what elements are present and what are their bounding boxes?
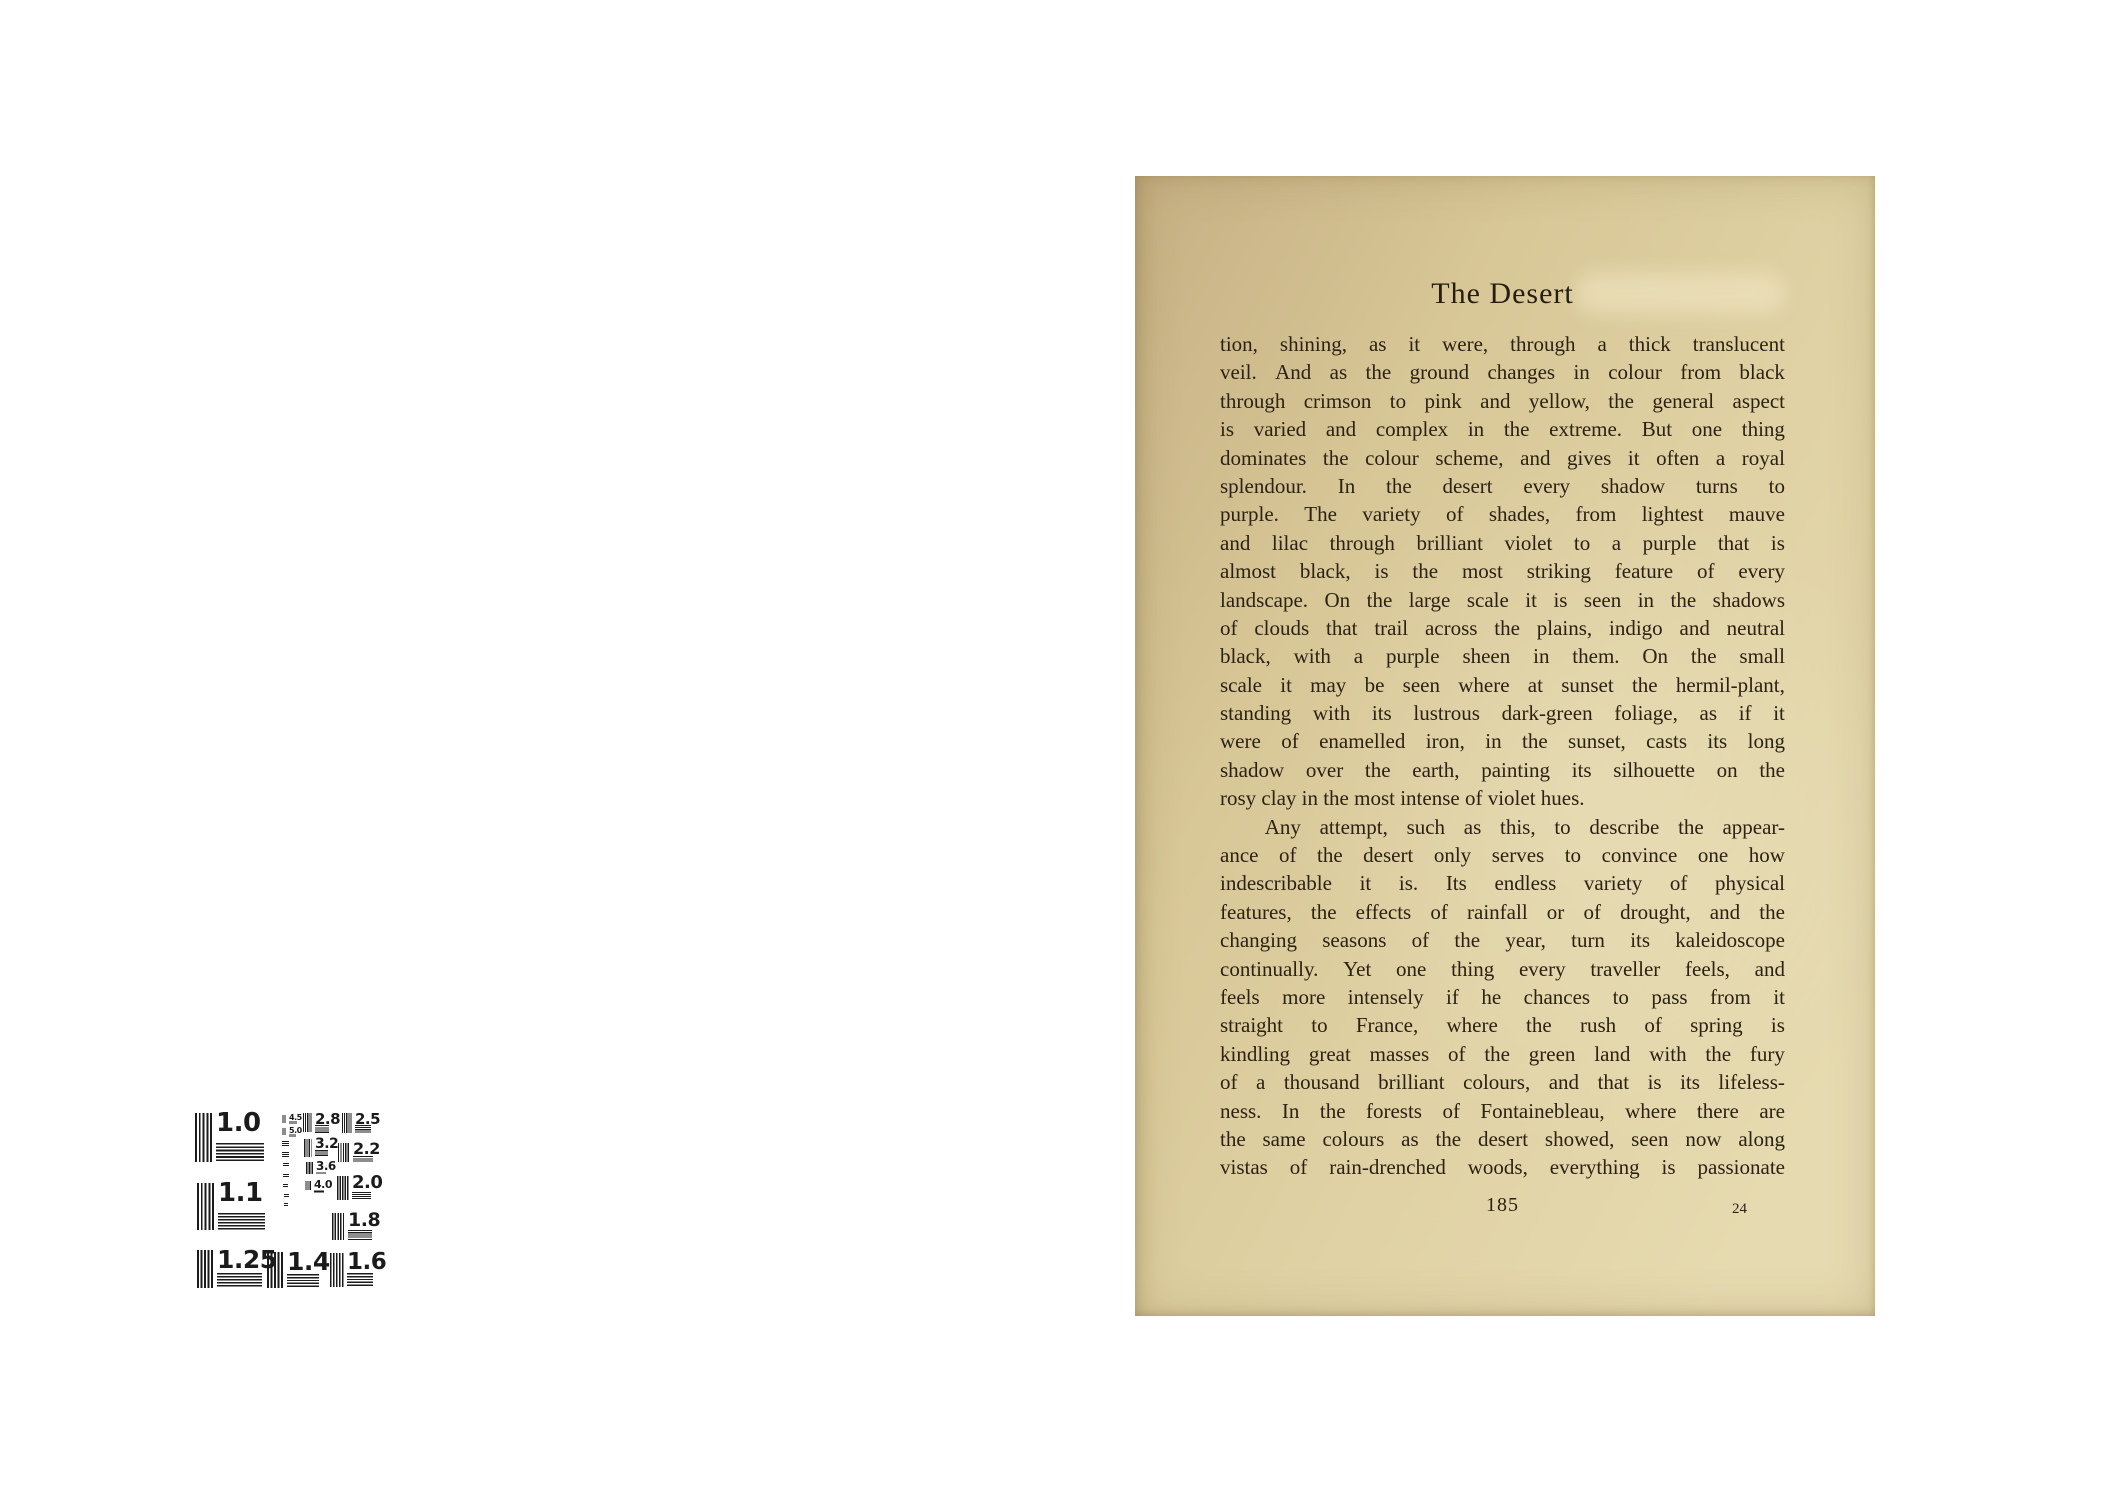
patch-label: 3.2 — [315, 1139, 338, 1150]
text-line: almostblack,isthemoststrikingfeatureofev… — [1220, 557, 1785, 585]
body-text: tion,shining,asitwere,throughathicktrans… — [1220, 330, 1785, 1182]
resolution-patch: 3.2 — [304, 1139, 338, 1157]
resolution-patch: 3.6 — [306, 1162, 336, 1174]
horizontal-bars-pattern — [347, 1273, 373, 1287]
text-line: isvariedandcomplexintheextreme.Butonethi… — [1220, 415, 1785, 443]
text-line: indescribableitis.Itsendlessvarietyofphy… — [1220, 869, 1785, 897]
vertical-bars-pattern — [304, 1139, 312, 1157]
vertical-bars-pattern — [338, 1143, 350, 1162]
micro-bars-pattern — [284, 1203, 288, 1206]
text-line: Anyattempt,suchasthis,todescribetheappea… — [1220, 813, 1785, 841]
micro-bars-pattern — [284, 1194, 289, 1197]
signature-number: 24 — [1732, 1201, 1747, 1218]
text-line: tion,shining,asitwere,throughathicktrans… — [1220, 330, 1785, 358]
resolution-patch: 4.0 — [305, 1181, 332, 1191]
text-line: throughcrimsontopinkandyellow,thegeneral… — [1220, 387, 1785, 415]
text-line: changingseasonsoftheyear,turnitskaleidos… — [1220, 926, 1785, 954]
text-line: purple.Thevarietyofshades,fromlightestma… — [1220, 500, 1785, 528]
text-line: ness.IntheforestsofFontainebleau,whereth… — [1220, 1097, 1785, 1125]
horizontal-bars-pattern — [218, 1213, 265, 1230]
vertical-bars-pattern — [342, 1113, 352, 1133]
patch-label: 2.5 — [355, 1113, 380, 1125]
horizontal-bars-pattern — [314, 1190, 324, 1193]
text-line: dominatesthecolourscheme,andgivesitoften… — [1220, 444, 1785, 472]
horizontal-bars-pattern — [217, 1273, 262, 1288]
vertical-bars-pattern — [330, 1253, 344, 1287]
resolution-patch: 1.1 — [197, 1183, 265, 1230]
patch-label: 1.0 — [216, 1113, 261, 1134]
patch-label: 2.2 — [353, 1143, 380, 1156]
resolution-patch: 1.25 — [197, 1250, 277, 1288]
patch-label: 1.1 — [218, 1183, 263, 1204]
micro-bars-pattern — [282, 1141, 289, 1146]
resolution-patch: 2.5 — [342, 1113, 380, 1133]
patch-label: 3.6 — [316, 1162, 336, 1172]
text-line: rosy clay in the most intense of violet … — [1220, 784, 1785, 812]
horizontal-bars-pattern — [315, 1150, 328, 1157]
patch-label: 1.8 — [348, 1213, 380, 1228]
vertical-bars-pattern — [306, 1162, 313, 1174]
micro-bars-pattern — [283, 1163, 289, 1167]
text-line: landscape.Onthelargescaleitisseeninthesh… — [1220, 586, 1785, 614]
vertical-bars-pattern — [303, 1113, 312, 1132]
text-line: ofcloudsthattrailacrosstheplains,indigoa… — [1220, 614, 1785, 642]
patch-label: 1.4 — [287, 1252, 330, 1272]
horizontal-bars-pattern — [315, 1125, 329, 1133]
text-line: anceofthedesertonlyservestoconvinceoneho… — [1220, 841, 1785, 869]
text-line: scaleitmaybeseenwhereatsunsetthehermil-p… — [1220, 671, 1785, 699]
text-line: andlilacthroughbrilliantviolettoapurplet… — [1220, 529, 1785, 557]
resolution-patch: 5.0 — [282, 1128, 302, 1136]
text-line: veil.Andasthegroundchangesincolourfrombl… — [1220, 358, 1785, 386]
text-line: kindlinggreatmassesofthegreenlandwiththe… — [1220, 1040, 1785, 1068]
book-page: The Desert tion,shining,asitwere,through… — [1135, 176, 1875, 1316]
horizontal-bars-pattern — [355, 1125, 371, 1133]
patch-label: 1.6 — [347, 1253, 386, 1271]
text-line: standingwithitslustrousdark-greenfoliage… — [1220, 699, 1785, 727]
text-line: continually.Yetonethingeverytravellerfee… — [1220, 955, 1785, 983]
micro-bars-pattern — [282, 1152, 289, 1157]
text-line: shadowovertheearth,paintingitssilhouette… — [1220, 756, 1785, 784]
horizontal-bars-pattern — [352, 1192, 371, 1200]
text-line: thesamecoloursasthedesertshowed,seennowa… — [1220, 1125, 1785, 1153]
vertical-bars-pattern — [267, 1252, 284, 1288]
text-line: feelsmoreintenselyifhechancestopassfromi… — [1220, 983, 1785, 1011]
resolution-patch: 2.8 — [303, 1113, 340, 1132]
vertical-bars-pattern — [197, 1250, 214, 1288]
horizontal-bars-pattern — [353, 1156, 373, 1162]
resolution-patch: 1.0 — [195, 1113, 264, 1162]
micro-bars-pattern — [283, 1174, 289, 1178]
resolution-patch: 1.6 — [330, 1253, 386, 1287]
horizontal-bars-pattern — [289, 1134, 296, 1137]
text-line: vistasofrain-drenchedwoods,everythingisp… — [1220, 1153, 1785, 1181]
horizontal-bars-pattern — [216, 1143, 264, 1162]
page-title: The Desert — [1220, 277, 1785, 310]
text-line: straighttoFrance,wheretherushofspringis — [1220, 1011, 1785, 1039]
resolution-patch: 2.0 — [337, 1176, 382, 1200]
patch-label: 4.0 — [314, 1181, 332, 1190]
vertical-bars-pattern — [282, 1115, 286, 1123]
vertical-bars-pattern — [195, 1113, 213, 1162]
horizontal-bars-pattern — [287, 1274, 319, 1288]
vertical-bars-pattern — [305, 1181, 311, 1190]
text-line: features,theeffectsofrainfallorofdrought… — [1220, 898, 1785, 926]
resolution-patch: 4.5 — [282, 1115, 302, 1124]
text-line: ofathousandbrilliantcolours,andthatisits… — [1220, 1068, 1785, 1096]
vertical-bars-pattern — [332, 1213, 345, 1240]
text-line: splendour.Inthedeserteveryshadowturnsto — [1220, 472, 1785, 500]
resolution-test-chart: 1.0 1.1 1.25 1.4 — [195, 1113, 390, 1298]
page-number: 185 — [1220, 1194, 1785, 1217]
micro-bars-pattern — [283, 1184, 288, 1188]
text-line: wereofenamellediron,inthesunset,castsits… — [1220, 727, 1785, 755]
resolution-patch: 1.8 — [332, 1213, 380, 1240]
horizontal-bars-pattern — [289, 1121, 297, 1124]
vertical-bars-pattern — [197, 1183, 215, 1230]
horizontal-bars-pattern — [348, 1230, 372, 1240]
patch-label: 2.8 — [315, 1113, 340, 1125]
horizontal-bars-pattern — [316, 1172, 326, 1175]
resolution-patch: 2.2 — [338, 1143, 380, 1162]
text-line: black,withapurplesheeninthem.Onthesmall — [1220, 642, 1785, 670]
patch-label: 2.0 — [352, 1176, 382, 1190]
vertical-bars-pattern — [282, 1128, 286, 1135]
vertical-bars-pattern — [337, 1176, 349, 1200]
resolution-patch: 1.4 — [267, 1252, 330, 1288]
scanned-microfilm-frame: 1.0 1.1 1.25 1.4 — [0, 0, 2106, 1489]
